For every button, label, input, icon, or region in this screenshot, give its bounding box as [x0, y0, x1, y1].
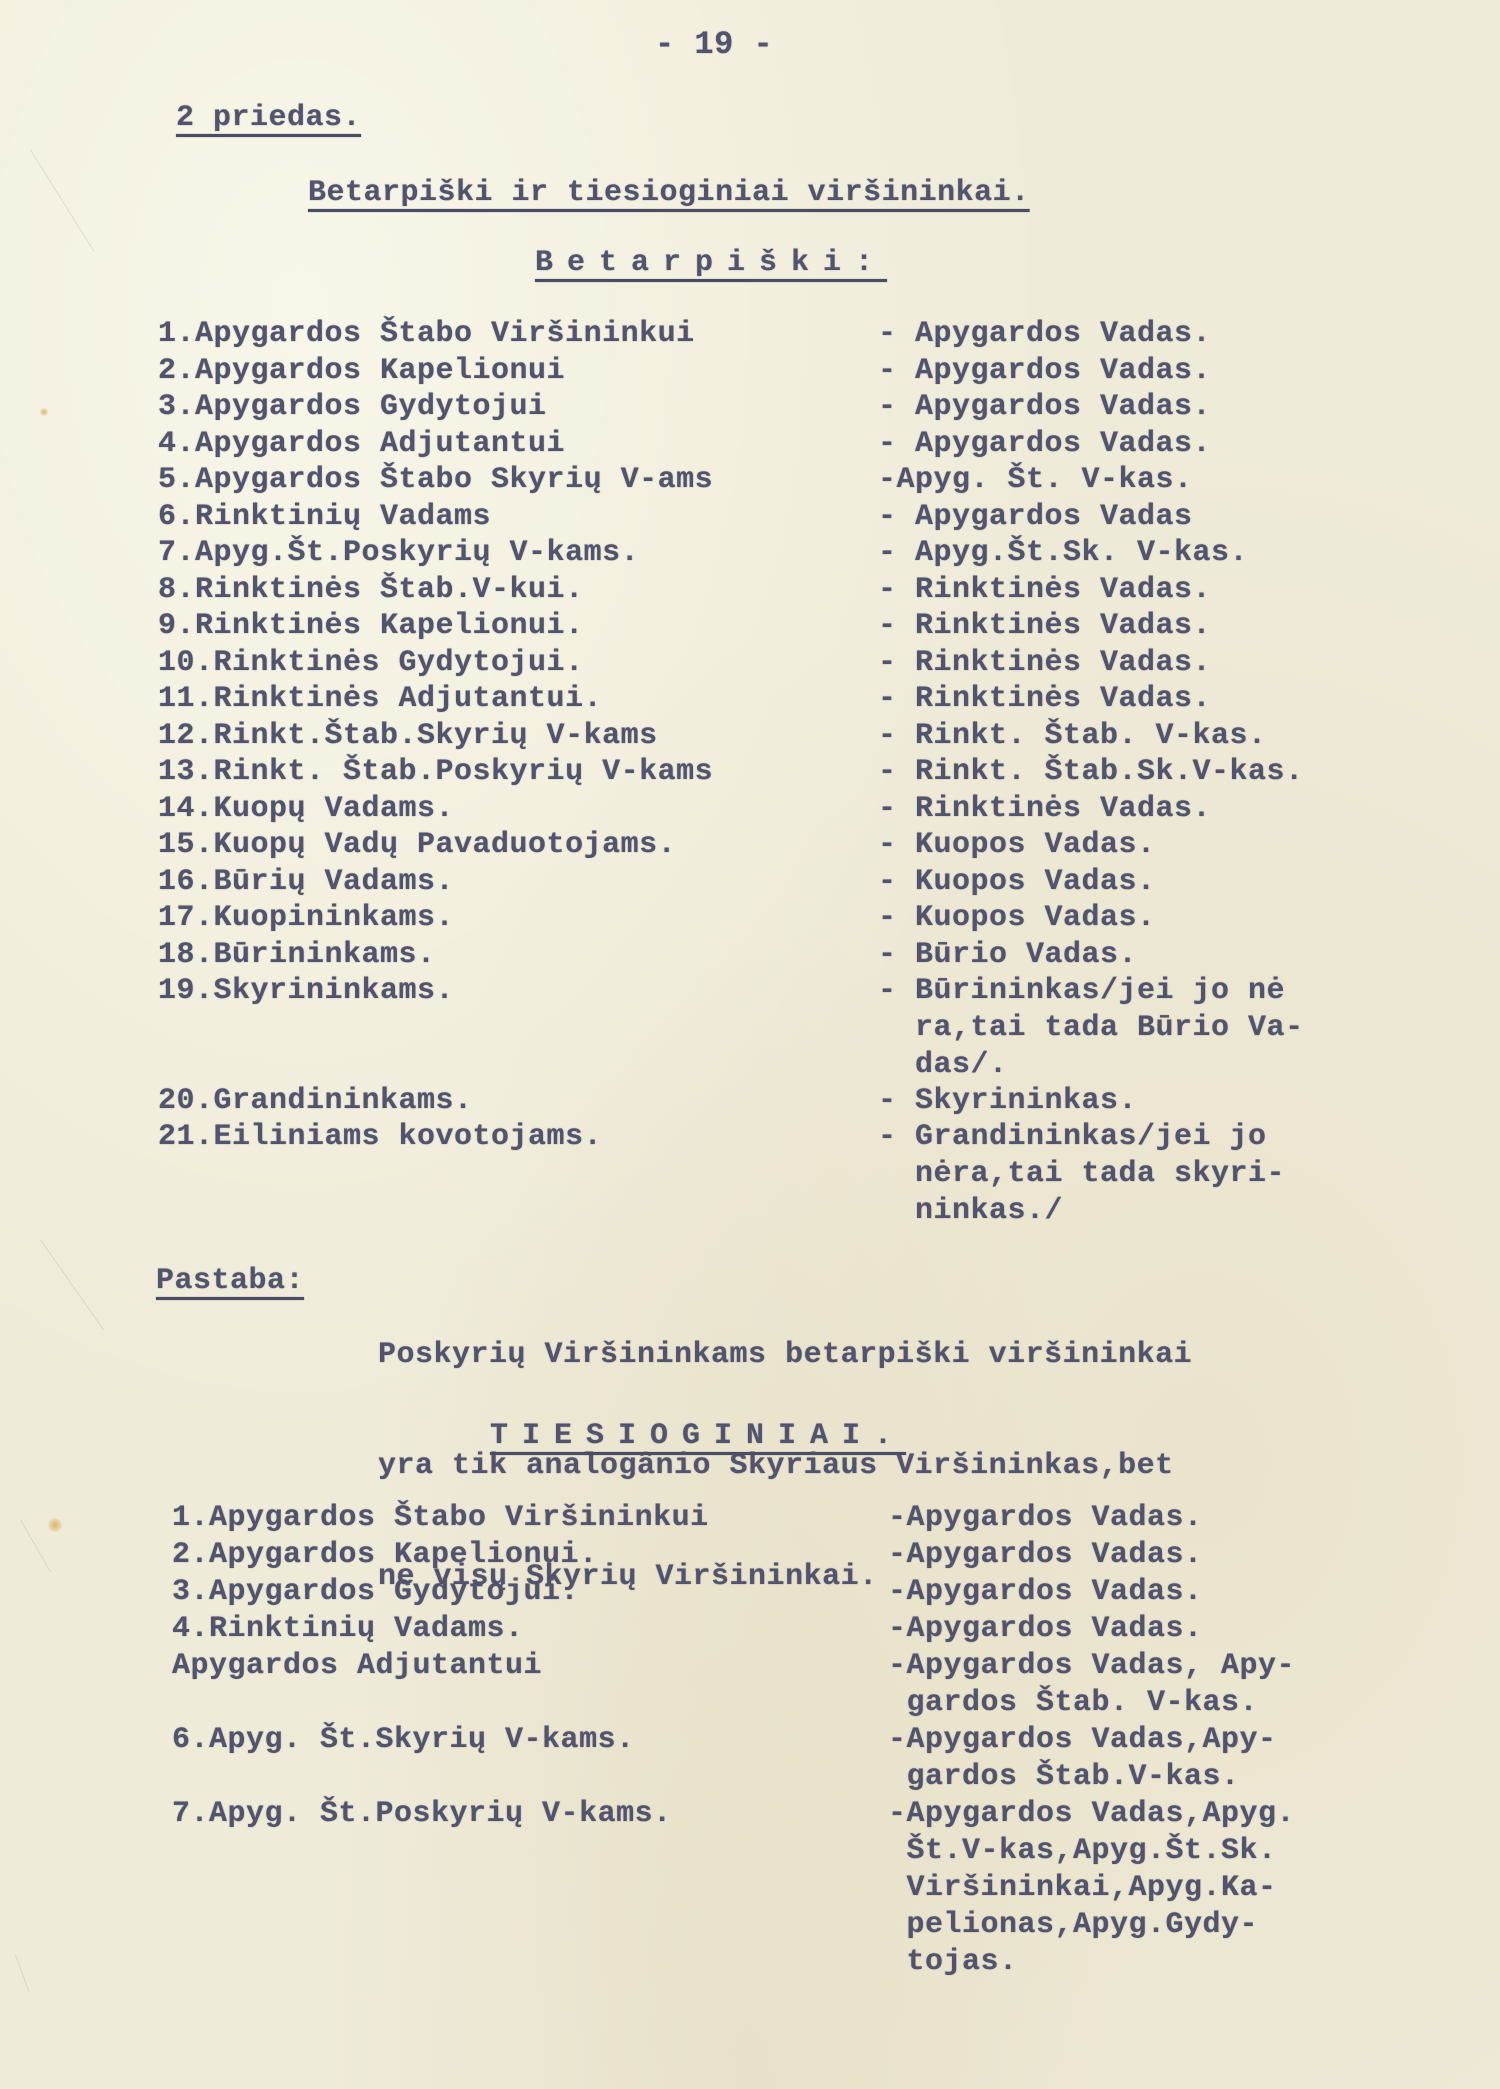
- superior-title: - Būrio Vadas.: [878, 937, 1137, 974]
- superior-title: - Rinktinės Vadas.: [878, 791, 1211, 828]
- superior-line: - Rinktinės Vadas.: [878, 608, 1211, 645]
- superior-line: -Apygardos Vadas.: [888, 1574, 1203, 1611]
- superior-title: - Grandininkas/jei jo nėra,tai tada skyr…: [878, 1119, 1285, 1230]
- paper-stain: [40, 408, 48, 416]
- superior-line: das/.: [878, 1047, 1304, 1084]
- position-title: 9.Rinktinės Kapelionui.: [158, 608, 584, 645]
- superior-title: - Apygardos Vadas.: [878, 316, 1211, 353]
- position-title: 19.Skyrininkams.: [158, 973, 454, 1010]
- position-title: 6.Apyg. Št.Skyrių V-kams.: [172, 1722, 635, 1759]
- superior-title: - Apyg.Št.Sk. V-kas.: [878, 535, 1248, 572]
- superior-line: - Grandininkas/jei jo: [878, 1119, 1285, 1156]
- superior-title: - Kuopos Vadas.: [878, 827, 1156, 864]
- superior-title: - Rinktinės Vadas.: [878, 608, 1211, 645]
- superior-title: -Apygardos Vadas.: [888, 1500, 1203, 1537]
- superior-line: - Rinktinės Vadas.: [878, 681, 1211, 718]
- superior-line: -Apygardos Vadas.: [888, 1537, 1203, 1574]
- superior-title: - Apygardos Vadas.: [878, 426, 1211, 463]
- superior-line: - Rinkt. Štab.Sk.V-kas.: [878, 754, 1304, 791]
- position-title: 3.Apygardos Gydytojui: [158, 389, 547, 426]
- superior-line: - Rinktinės Vadas.: [878, 572, 1211, 609]
- position-title: 1.Apygardos Štabo Viršininkui: [158, 316, 695, 353]
- superior-title: -Apygardos Vadas,Apy- gardos Štab.V-kas.: [888, 1722, 1277, 1796]
- superior-line: ra,tai tada Būrio Va-: [878, 1010, 1304, 1047]
- superior-title: -Apygardos Vadas, Apy- gardos Štab. V-ka…: [888, 1648, 1295, 1722]
- superior-line: Št.V-kas,Apyg.Št.Sk.: [888, 1833, 1295, 1870]
- paper-crease: [40, 1239, 104, 1330]
- position-title: 5.Apygardos Štabo Skyrių V-ams: [158, 462, 713, 499]
- position-title: 21.Eiliniams kovotojams.: [158, 1119, 602, 1156]
- superior-line: gardos Štab. V-kas.: [888, 1685, 1295, 1722]
- superior-line: gardos Štab.V-kas.: [888, 1759, 1277, 1796]
- superior-line: - Rinktinės Vadas.: [878, 791, 1211, 828]
- position-title: 4.Apygardos Adjutantui: [158, 426, 565, 463]
- position-title: 2.Apygardos Kapelionui.: [172, 1537, 598, 1574]
- note-label: Pastaba:: [156, 1263, 304, 1300]
- position-title: 3.Apygardos Gydytojui.: [172, 1574, 579, 1611]
- superior-title: -Apygardos Vadas,Apyg. Št.V-kas,Apyg.Št.…: [888, 1796, 1295, 1981]
- superior-title: - Kuopos Vadas.: [878, 864, 1156, 901]
- position-title: 8.Rinktinės Štab.V-kui.: [158, 572, 584, 609]
- superior-line: - Apyg.Št.Sk. V-kas.: [878, 535, 1248, 572]
- superior-line: - Apygardos Vadas.: [878, 389, 1211, 426]
- superior-line: -Apygardos Vadas.: [888, 1500, 1203, 1537]
- page-title: Betarpiški ir tiesioginiai viršininkai.: [308, 175, 1030, 212]
- position-title: 7.Apyg.Št.Poskyrių V-kams.: [158, 535, 639, 572]
- position-title: 1.Apygardos Štabo Viršininkui: [172, 1500, 709, 1537]
- document-page: - 19 - 2 priedas. Betarpiški ir tiesiogi…: [0, 0, 1500, 2089]
- superior-line: - Kuopos Vadas.: [878, 900, 1156, 937]
- position-title: 11.Rinktinės Adjutantui.: [158, 681, 602, 718]
- superior-line: -Apygardos Vadas.: [888, 1611, 1203, 1648]
- position-title: 6.Rinktinių Vadams: [158, 499, 491, 536]
- superior-title: - Apygardos Vadas.: [878, 389, 1211, 426]
- position-title: 2.Apygardos Kapelionui: [158, 353, 565, 390]
- superior-title: - Rinkt. Štab. V-kas.: [878, 718, 1267, 755]
- paper-crease: [30, 149, 94, 251]
- superior-title: -Apygardos Vadas.: [888, 1611, 1203, 1648]
- superior-line: - Rinkt. Štab. V-kas.: [878, 718, 1267, 755]
- superior-title: - Apygardos Vadas: [878, 499, 1193, 536]
- annex-label: 2 priedas.: [176, 100, 361, 137]
- superior-line: pelionas,Apyg.Gydy-: [888, 1907, 1295, 1944]
- section-heading-betarpiski: Betarpiški:: [535, 245, 887, 282]
- superior-line: -Apygardos Vadas, Apy-: [888, 1648, 1295, 1685]
- superior-title: - Rinktinės Vadas.: [878, 645, 1211, 682]
- superior-title: - Rinktinės Vadas.: [878, 572, 1211, 609]
- superior-line: ninkas./: [878, 1193, 1285, 1230]
- position-title: 14.Kuopų Vadams.: [158, 791, 454, 828]
- superior-line: - Būrininkas/jei jo nė: [878, 973, 1304, 1010]
- position-title: Apygardos Adjutantui: [172, 1648, 542, 1685]
- position-title: 20.Grandininkams.: [158, 1083, 473, 1120]
- superior-line: nėra,tai tada skyri-: [878, 1156, 1285, 1193]
- superior-title: -Apyg. Št. V-kas.: [878, 462, 1193, 499]
- position-title: 16.Būrių Vadams.: [158, 864, 454, 901]
- superior-title: - Apygardos Vadas.: [878, 353, 1211, 390]
- superior-line: -Apyg. Št. V-kas.: [878, 462, 1193, 499]
- superior-title: - Rinktinės Vadas.: [878, 681, 1211, 718]
- superior-line: - Apygardos Vadas.: [878, 316, 1211, 353]
- superior-line: Viršininkai,Apyg.Ka-: [888, 1870, 1295, 1907]
- superior-title: -Apygardos Vadas.: [888, 1537, 1203, 1574]
- position-title: 7.Apyg. Št.Poskyrių V-kams.: [172, 1796, 672, 1833]
- note-line: Poskyrių Viršininkams betarpiški viršini…: [378, 1337, 1192, 1374]
- position-title: 12.Rinkt.Štab.Skyrių V-kams: [158, 718, 658, 755]
- paper-stain: [48, 1518, 62, 1532]
- paper-crease: [15, 1955, 30, 1993]
- section-heading-tiesioginiai: TIESIOGINIAI.: [490, 1418, 906, 1455]
- paper-crease: [20, 1520, 51, 1572]
- superior-line: - Apygardos Vadas: [878, 499, 1193, 536]
- superior-line: - Apygardos Vadas.: [878, 426, 1211, 463]
- superior-line: - Rinktinės Vadas.: [878, 645, 1211, 682]
- superior-line: -Apygardos Vadas,Apyg.: [888, 1796, 1295, 1833]
- position-title: 10.Rinktinės Gydytojui.: [158, 645, 584, 682]
- position-title: 4.Rinktinių Vadams.: [172, 1611, 524, 1648]
- superior-title: - Kuopos Vadas.: [878, 900, 1156, 937]
- position-title: 13.Rinkt. Štab.Poskyrių V-kams: [158, 754, 713, 791]
- superior-line: - Kuopos Vadas.: [878, 864, 1156, 901]
- superior-title: - Rinkt. Štab.Sk.V-kas.: [878, 754, 1304, 791]
- position-title: 18.Būrininkams.: [158, 937, 436, 974]
- superior-line: - Apygardos Vadas.: [878, 353, 1211, 390]
- superior-title: -Apygardos Vadas.: [888, 1574, 1203, 1611]
- position-title: 15.Kuopų Vadų Pavaduotojams.: [158, 827, 676, 864]
- superior-title: - Būrininkas/jei jo nė ra,tai tada Būrio…: [878, 973, 1304, 1084]
- superior-line: - Būrio Vadas.: [878, 937, 1137, 974]
- superior-line: - Kuopos Vadas.: [878, 827, 1156, 864]
- superior-line: -Apygardos Vadas,Apy-: [888, 1722, 1277, 1759]
- position-title: 17.Kuopininkams.: [158, 900, 454, 937]
- superior-title: - Skyrininkas.: [878, 1083, 1137, 1120]
- superior-line: - Skyrininkas.: [878, 1083, 1137, 1120]
- page-number: - 19 -: [655, 26, 773, 63]
- superior-line: tojas.: [888, 1944, 1295, 1981]
